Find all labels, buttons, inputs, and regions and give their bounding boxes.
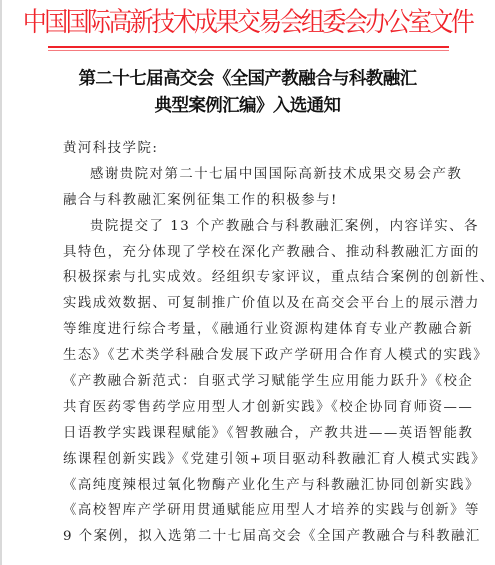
body-line-10: 共育医药零售药学应用型人才创新实践》《校企协同育师资—— xyxy=(63,395,439,421)
body-line-12: 练课程创新实践》《党建引领+项目驱动科教融汇育人模式实践》 xyxy=(63,447,439,473)
addressee: 黄河科技学院: xyxy=(63,136,439,162)
body-line-3: 贵院提交了 13 个产教融合与科教融汇案例，内容详实、各 xyxy=(63,214,439,240)
document-issuer-header: 中国国际高新技术成果交易会组委会办公室文件 xyxy=(0,4,495,40)
document-title: 第二十七届高交会《全国产教融合与科教融汇 典型案例汇编》入选通知 xyxy=(0,66,495,120)
body-line-2: 融合与科教融汇案例征集工作的积极参与! xyxy=(63,188,439,214)
body-line-5: 积极探索与扎实成效。经组织专家评议，重点结合案例的创新性、 xyxy=(63,265,439,291)
document-body: 黄河科技学院: 感谢贵院对第二十七届中国国际高新技术成果交易会产教 融合与科教融… xyxy=(63,136,439,550)
body-line-8: 生态》《艺术类学科融合发展下政产学研用合作育人模式的实践》 xyxy=(63,343,439,369)
red-header-rule-thin xyxy=(48,50,449,51)
document-title-line-2: 典型案例汇编》入选通知 xyxy=(0,93,495,120)
body-line-15: 9 个案例，拟入选第二十七届高交会《全国产教融合与科教融汇 xyxy=(63,524,439,550)
document-title-line-1: 第二十七届高交会《全国产教融合与科教融汇 xyxy=(0,66,495,93)
body-line-6: 实践成效数据、可复制推广价值以及在高交会平台上的展示潜力 xyxy=(63,291,439,317)
body-line-4: 具特色，充分体现了学校在深化产教融合、推动科教融汇方面的 xyxy=(63,240,439,266)
body-line-14: 《高校智库产学研用贯通赋能应用型人才培养的实践与创新》等 xyxy=(63,498,439,524)
body-line-9: 《产教融合新范式：自驱式学习赋能学生应用能力跃升》《校企 xyxy=(63,369,439,395)
body-line-1: 感谢贵院对第二十七届中国国际高新技术成果交易会产教 xyxy=(63,162,439,188)
body-line-7: 等维度进行综合考量，《融通行业资源构建体育专业产教融合新 xyxy=(63,317,439,343)
body-line-13: 《高纯度辣根过氧化物酶产业化生产与科教融汇协同创新实践》 xyxy=(63,473,439,499)
body-line-11: 日语教学实践课程赋能》《智教融合，产教共进——英语智能教 xyxy=(63,421,439,447)
red-header-rule-thick xyxy=(48,46,449,48)
